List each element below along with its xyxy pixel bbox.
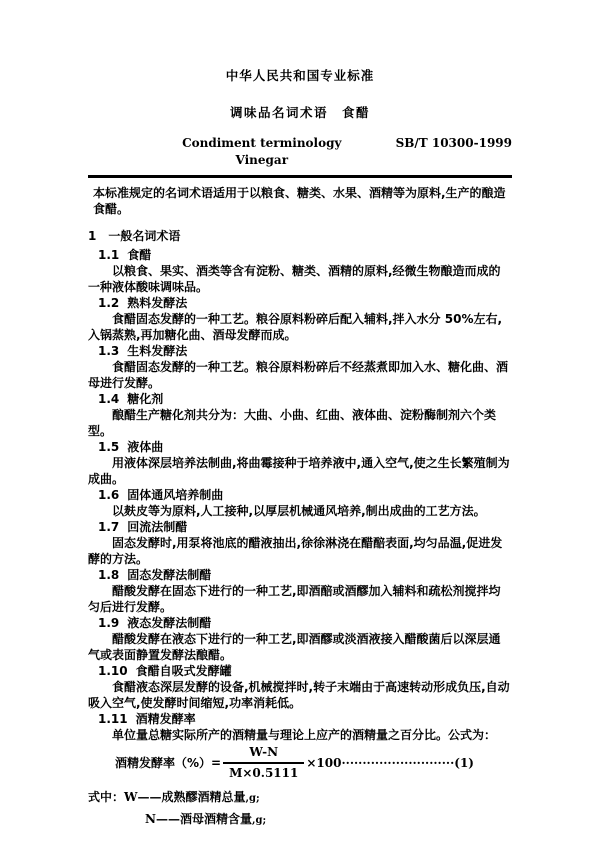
- term-definition: 醋酸发酵在固态下进行的一种工艺,即酒醅或酒醪加入辅料和疏松剂搅拌均匀后进行发酵。: [88, 583, 512, 615]
- section-heading: 1 一般名词术语: [88, 228, 512, 244]
- term-entry: 1.7回流法制醋 固态发酵时,用泵将池底的醋液抽出,徐徐淋浇在醋醅表面,均匀品温…: [88, 519, 512, 567]
- term-entry: 1.3生料发酵法 食醋固态发酵的一种工艺。粮谷原料粉碎后不经蒸煮即加入水、糖化曲…: [88, 343, 512, 391]
- standard-number: SB/T 10300-1999: [396, 135, 512, 152]
- document-title: 调味品名词术语 食醋: [88, 105, 512, 121]
- term-number: 1.4: [98, 392, 119, 406]
- term-definition: 单位量总糖实际所产的酒精量与理论上应产的酒精量之百分比。公式为：: [88, 727, 512, 743]
- term-number: 1.1: [98, 248, 119, 262]
- term-definition: 以麸皮等为原料,人工接种,以厚层机械通风培养,制出成曲的工艺方法。: [88, 503, 512, 519]
- term-name: 回流法制醋: [127, 520, 187, 534]
- formula-equation: 酒精发酵率（%）= W-N M×0.5111 ×100 ············…: [115, 745, 512, 781]
- term-name: 生料发酵法: [127, 344, 187, 358]
- document-page: 中华人民共和国专业标准 调味品名词术语 食醋 Condiment termino…: [0, 0, 600, 849]
- term-heading: 1.4糖化剂: [88, 391, 512, 407]
- term-number: 1.5: [98, 440, 119, 454]
- formula-where-w-line: 式中：W——成熟醪酒精总量,g;: [88, 787, 512, 809]
- term-number: 1.6: [98, 488, 119, 502]
- scope-paragraph: 本标准规定的名词术语适用于以粮食、糖类、水果、酒精等为原料,生产的酿造食醋。: [88, 185, 512, 217]
- term-heading: 1.7回流法制醋: [88, 519, 512, 535]
- term-name: 液体曲: [127, 440, 163, 454]
- term-number: 1.2: [98, 296, 119, 310]
- term-entry: 1.9液态发酵法制醋 醋酸发酵在液态下进行的一种工艺,即酒醪或淡酒液接入醋酸菌后…: [88, 615, 512, 663]
- english-title-row: Condiment terminology Vinegar SB/T 10300…: [88, 135, 512, 169]
- term-name: 糖化剂: [127, 392, 163, 406]
- term-entry: 1.1食醋 以粮食、果实、酒类等含有淀粉、糖类、酒精的原料,经微生物酿造而成的一…: [88, 247, 512, 295]
- terms-list: 1.1食醋 以粮食、果实、酒类等含有淀粉、糖类、酒精的原料,经微生物酿造而成的一…: [88, 247, 512, 743]
- term-definition: 酿醋生产糖化剂共分为：大曲、小曲、红曲、液体曲、淀粉酶制剂六个类型。: [88, 407, 512, 439]
- term-number: 1.7: [98, 520, 119, 534]
- divider-rule: [88, 175, 512, 178]
- standard-org-title: 中华人民共和国专业标准: [88, 68, 512, 84]
- formula-where-w-symbol: W——: [124, 790, 161, 804]
- term-number: 1.11: [98, 712, 128, 726]
- term-definition: 醋酸发酵在液态下进行的一种工艺,即酒醪或淡酒液接入醋酸菌后以深层通气或表面静置发…: [88, 631, 512, 663]
- term-name: 食醋自吸式发酵罐: [136, 664, 232, 678]
- term-number: 1.10: [98, 664, 128, 678]
- fraction: W-N M×0.5111: [223, 745, 304, 781]
- term-number: 1.3: [98, 344, 119, 358]
- fraction-denominator: M×0.5111: [223, 762, 304, 781]
- term-heading: 1.3生料发酵法: [88, 343, 512, 359]
- term-entry: 1.4糖化剂 酿醋生产糖化剂共分为：大曲、小曲、红曲、液体曲、淀粉酶制剂六个类型…: [88, 391, 512, 439]
- formula-equation-number: (1): [454, 756, 474, 771]
- formula-where-label: 式中：: [88, 790, 124, 804]
- term-number: 1.9: [98, 616, 119, 630]
- formula-lead: 酒精发酵率（%）=: [115, 756, 221, 771]
- formula-dots: ···························: [341, 756, 454, 771]
- term-definition: 以粮食、果实、酒类等含有淀粉、糖类、酒精的原料,经微生物酿造而成的一种液体酸味调…: [88, 263, 512, 295]
- term-heading: 1.1食醋: [88, 247, 512, 263]
- formula-where-w-unit: ,g;: [246, 793, 260, 804]
- term-heading: 1.8固态发酵法制醋: [88, 567, 512, 583]
- formula-multiplier: ×100: [306, 756, 341, 771]
- english-subtitle: Vinegar: [128, 152, 396, 169]
- term-heading: 1.2熟料发酵法: [88, 295, 512, 311]
- term-heading: 1.11酒精发酵率: [88, 711, 512, 727]
- term-name: 熟料发酵法: [127, 296, 187, 310]
- term-name: 液态发酵法制醋: [127, 616, 211, 630]
- english-title: Condiment terminology: [128, 135, 396, 152]
- term-definition: 固态发酵时,用泵将池底的醋液抽出,徐徐淋浇在醋醅表面,均匀品温,促进发酵的方法。: [88, 535, 512, 567]
- term-number: 1.8: [98, 568, 119, 582]
- term-definition: 用液体深层培养法制曲,将曲霉接种于培养液中,通入空气,使之生长繁殖制为成曲。: [88, 455, 512, 487]
- document-header: 中华人民共和国专业标准 调味品名词术语 食醋 Condiment termino…: [88, 68, 512, 178]
- english-title-block: Condiment terminology Vinegar: [88, 135, 396, 169]
- fraction-numerator: W-N: [235, 745, 292, 762]
- term-entry: 1.11酒精发酵率 单位量总糖实际所产的酒精量与理论上应产的酒精量之百分比。公式…: [88, 711, 512, 743]
- term-heading: 1.10食醋自吸式发酵罐: [88, 663, 512, 679]
- formula-where-n-line: N——酒母酒精含量,g;: [88, 809, 512, 831]
- formula-where-n-symbol: N——: [145, 812, 180, 826]
- formula-where-w-text: 成熟醪酒精总量: [162, 790, 246, 804]
- formula-block: 酒精发酵率（%）= W-N M×0.5111 ×100 ············…: [88, 745, 512, 831]
- term-name: 固体通风培养制曲: [127, 488, 223, 502]
- term-name: 酒精发酵率: [136, 712, 196, 726]
- term-name: 食醋: [127, 248, 151, 262]
- term-name: 固态发酵法制醋: [127, 568, 211, 582]
- formula-where-n-unit: ,g;: [252, 815, 266, 826]
- term-definition: 食醋固态发酵的一种工艺。粮谷原料粉碎后不经蒸煮即加入水、糖化曲、酒母进行发酵。: [88, 359, 512, 391]
- term-entry: 1.5液体曲 用液体深层培养法制曲,将曲霉接种于培养液中,通入空气,使之生长繁殖…: [88, 439, 512, 487]
- term-entry: 1.6固体通风培养制曲 以麸皮等为原料,人工接种,以厚层机械通风培养,制出成曲的…: [88, 487, 512, 519]
- term-heading: 1.9液态发酵法制醋: [88, 615, 512, 631]
- term-entry: 1.2熟料发酵法 食醋固态发酵的一种工艺。粮谷原料粉碎后配入辅料,拌入水分 50…: [88, 295, 512, 343]
- term-entry: 1.8固态发酵法制醋 醋酸发酵在固态下进行的一种工艺,即酒醅或酒醪加入辅料和疏松…: [88, 567, 512, 615]
- term-entry: 1.10食醋自吸式发酵罐 食醋液态深层发酵的设备,机械搅拌时,转子末端由于高速转…: [88, 663, 512, 711]
- formula-where-n-text: 酒母酒精含量: [180, 812, 252, 826]
- term-definition: 食醋液态深层发酵的设备,机械搅拌时,转子末端由于高速转动形成负压,自动吸入空气,…: [88, 679, 512, 711]
- term-definition: 食醋固态发酵的一种工艺。粮谷原料粉碎后配入辅料,拌入水分 50%左右,入锅蒸熟,…: [88, 311, 512, 343]
- term-heading: 1.6固体通风培养制曲: [88, 487, 512, 503]
- term-heading: 1.5液体曲: [88, 439, 512, 455]
